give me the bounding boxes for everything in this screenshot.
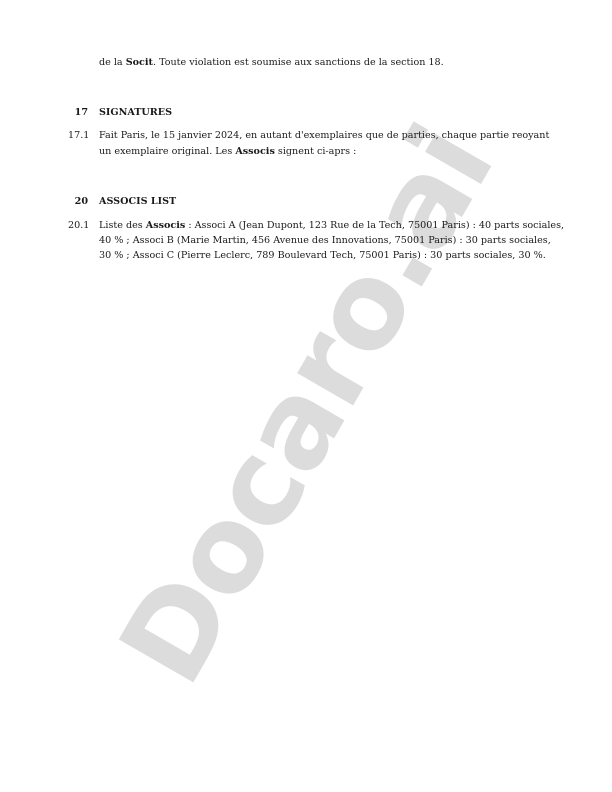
text-run: . Toute violation est soumise aux sancti…: [153, 57, 444, 68]
defined-term: Associs: [235, 146, 275, 157]
clause-line: un exemplaire original. Les Associs sign…: [99, 146, 356, 158]
text-run: 40 % ; Associ B (Marie Martin, 456 Avenu…: [99, 235, 551, 246]
text-run: Liste des: [99, 220, 146, 231]
continuation-paragraph: de la Socit. Toute violation est soumise…: [99, 57, 444, 69]
defined-term: Socit: [126, 57, 153, 68]
text-run: signent ci-aprs :: [275, 146, 356, 157]
clause-line: Liste des Associs : Associ A (Jean Dupon…: [99, 220, 564, 232]
section-number: 20: [58, 196, 88, 208]
clause-line: 30 % ; Associ C (Pierre Leclerc, 789 Bou…: [99, 250, 546, 262]
text-run: un exemplaire original. Les: [99, 146, 235, 157]
text-run: Fait Paris, le 15 janvier 2024, en autan…: [99, 130, 549, 141]
text-run: : Associ A (Jean Dupont, 123 Rue de la T…: [185, 220, 564, 231]
section-title: ASSOCIS LIST: [99, 196, 176, 208]
text-run: 30 % ; Associ C (Pierre Leclerc, 789 Bou…: [99, 250, 546, 261]
section-title: SIGNATURES: [99, 107, 172, 119]
clause-number: 20.1: [68, 220, 89, 232]
section-number: 17: [58, 107, 88, 119]
text-run: de la: [99, 57, 126, 68]
document-page: Docaro.ai de la Socit. Toute violation e…: [0, 0, 612, 792]
defined-term: Associs: [146, 220, 186, 231]
clause-number: 17.1: [68, 130, 89, 142]
clause-line: 40 % ; Associ B (Marie Martin, 456 Avenu…: [99, 235, 551, 247]
clause-line: Fait Paris, le 15 janvier 2024, en autan…: [99, 130, 549, 142]
watermark: Docaro.ai: [93, 104, 520, 705]
